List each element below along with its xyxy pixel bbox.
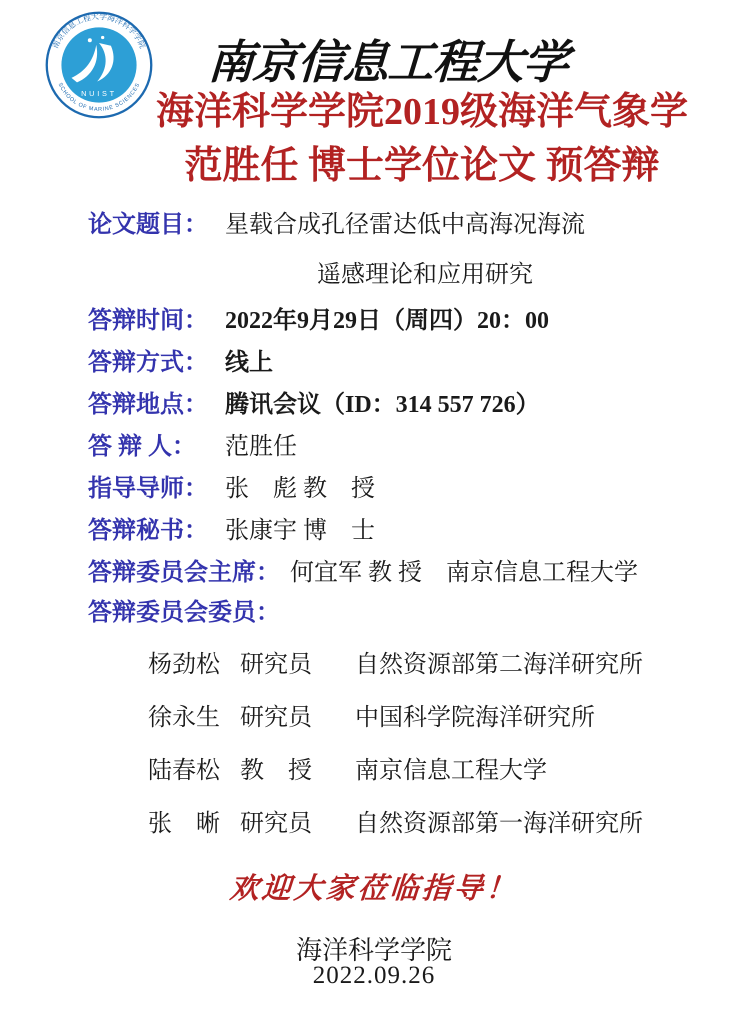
publish-date: 2022.09.26 [0,962,748,990]
committee-member-row: 杨劲松 研究员 自然资源部第二海洋研究所 [148,650,643,703]
field-committee-members-heading: 答辩委员会委员： [88,598,724,640]
field-thesis-title: 论文题目： 星载合成孔径雷达低中高海况海流 [88,210,724,260]
member-affiliation: 南京信息工程大学 [355,756,547,809]
field-supervisor: 指导导师： 张 彪 教 授 [88,474,724,516]
defense-info-fields: 论文题目： 星载合成孔径雷达低中高海况海流 遥感理论和应用研究 答辩时间： 20… [88,210,724,640]
field-label: 答 辩 人： [88,432,225,462]
field-label: 论文题目： [88,210,225,240]
field-defender: 答 辩 人： 范胜任 [88,432,724,474]
committee-member-row: 徐永生 研究员 中国科学院海洋研究所 [148,703,643,756]
member-affiliation: 中国科学院海洋研究所 [355,703,595,756]
university-name-calligraphy: 南京信息工程大学 [206,26,569,92]
committee-member-row: 张 晰 研究员 自然资源部第一海洋研究所 [148,809,643,862]
poster-title-line2: 范胜任 博士学位论文 预答辩 [96,146,748,188]
field-value: 2022年9月29日（周四）20：00 [225,306,549,336]
field-value: 何宜军 教 授 南京信息工程大学 [290,558,638,588]
field-value: 张 彪 教 授 [225,474,375,504]
field-secretary: 答辩秘书： 张康宇 博 士 [88,516,724,558]
committee-member-row: 陆春松 教 授 南京信息工程大学 [148,756,643,809]
welcome-message: 欢迎大家莅临指导！ [0,866,748,907]
member-name: 张 晰 [148,809,240,862]
field-label: 指导导师： [88,474,225,504]
member-title: 教 授 [240,756,355,809]
field-value: 张康宇 博 士 [225,516,375,546]
poster-title-line1: 海洋科学学院2019级海洋气象学 [96,92,748,134]
field-label: 答辩委员会委员： [88,598,280,628]
field-value: 星载合成孔径雷达低中高海况海流 [225,210,585,240]
field-defense-time: 答辩时间： 2022年9月29日（周四）20：00 [88,306,724,348]
field-label: 答辩委员会主席： [88,558,280,588]
field-label: 答辩地点： [88,390,225,420]
committee-member-list: 杨劲松 研究员 自然资源部第二海洋研究所 徐永生 研究员 中国科学院海洋研究所 … [148,650,643,862]
field-value: 范胜任 [225,432,297,462]
member-title: 研究员 [240,650,355,703]
member-affiliation: 自然资源部第二海洋研究所 [355,650,643,703]
thesis-title-line2: 遥感理论和应用研究 [225,260,625,306]
field-label: 答辩方式： [88,348,225,378]
member-name: 杨劲松 [148,650,240,703]
field-defense-venue: 答辩地点： 腾讯会议（ID：314 557 726） [88,390,724,432]
field-value: 腾讯会议（ID：314 557 726） [225,390,540,420]
field-label: 答辩时间： [88,306,225,336]
member-title: 研究员 [240,703,355,756]
member-title: 研究员 [240,809,355,862]
field-value: 线上 [225,348,273,378]
member-name: 徐永生 [148,703,240,756]
field-committee-chair: 答辩委员会主席： 何宜军 教 授 南京信息工程大学 [88,558,724,598]
defense-announcement-poster: NUIST 南京信息工程大学海洋科学学院 SCHOOL OF MARINE SC… [0,0,748,1011]
field-label: 答辩秘书： [88,516,225,546]
member-name: 陆春松 [148,756,240,809]
field-defense-mode: 答辩方式： 线上 [88,348,724,390]
member-affiliation: 自然资源部第一海洋研究所 [355,809,643,862]
